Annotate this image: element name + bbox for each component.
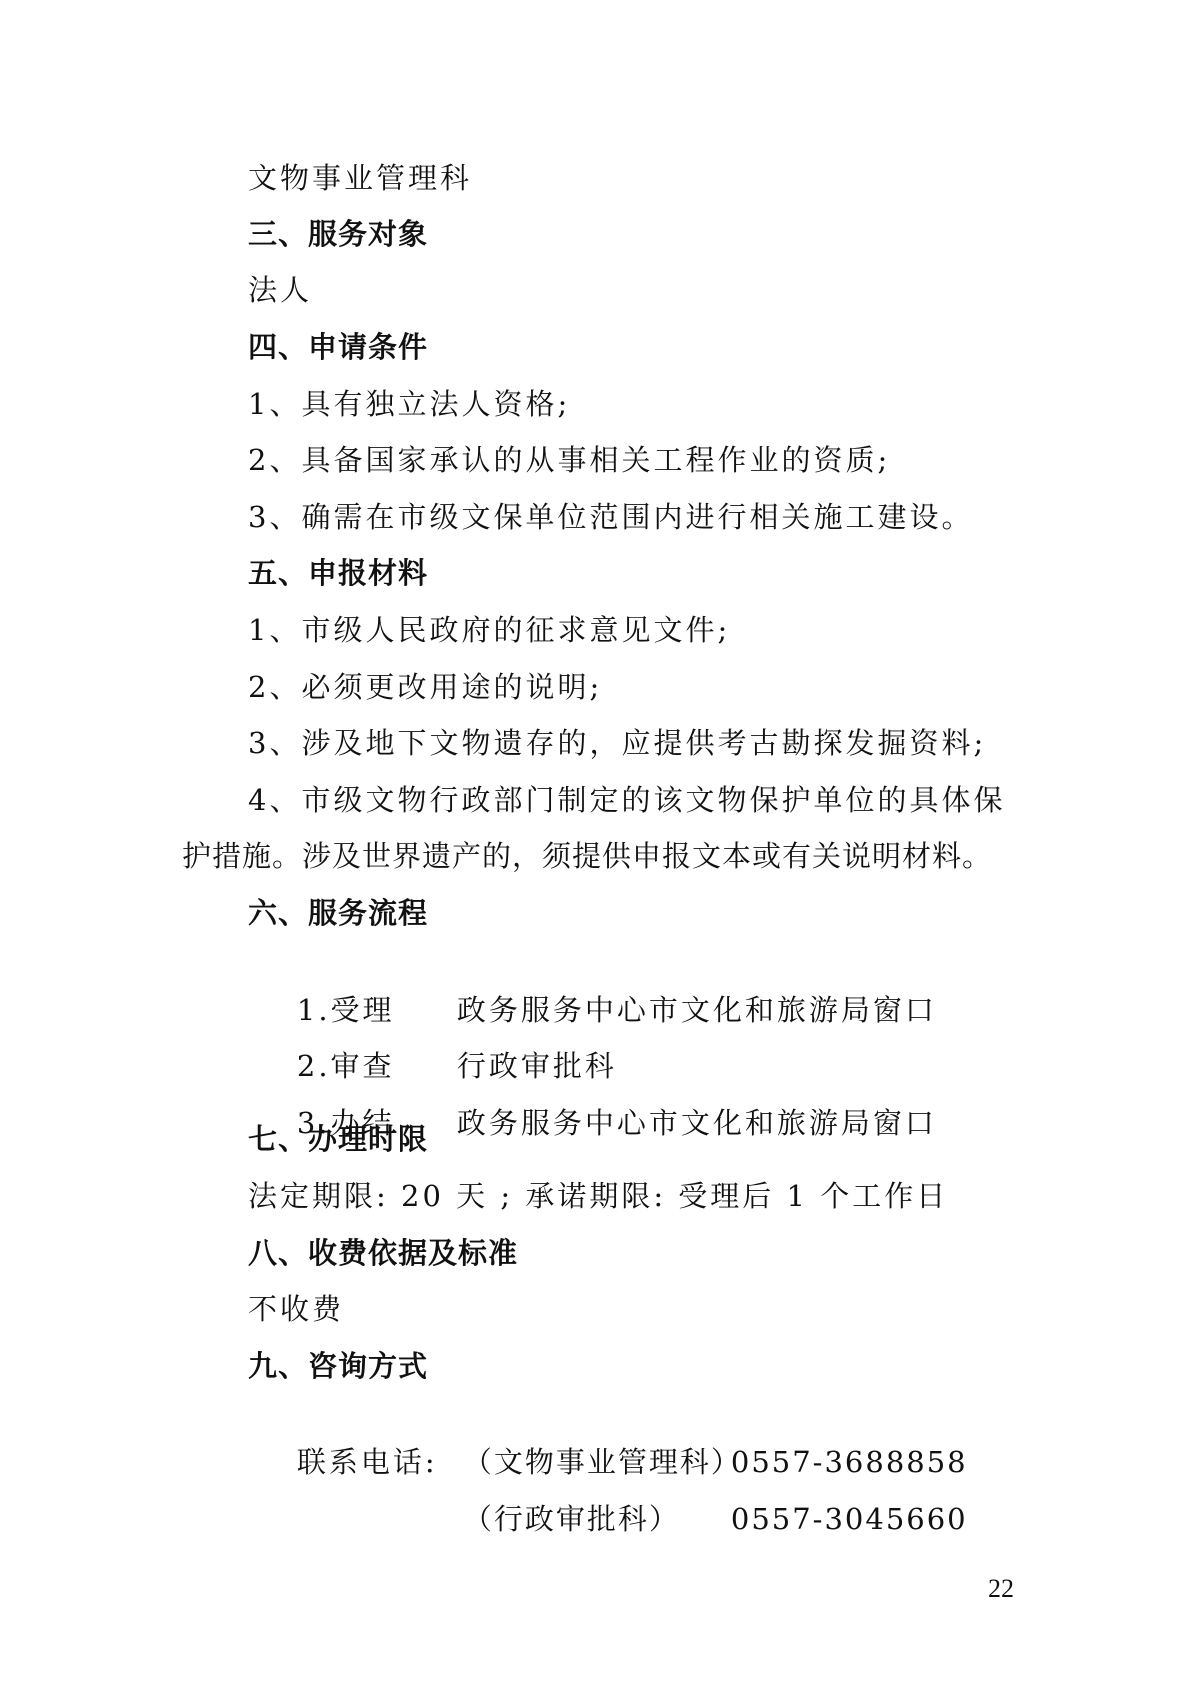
process-step-place: 政务服务中心市文化和旅游局窗口 [457, 1106, 937, 1140]
fee-text: 不收费 [248, 1289, 344, 1329]
material-item-2: 2、必须更改用途的说明; [248, 667, 602, 707]
section-heading-process: 六、服务流程 [248, 893, 428, 933]
section-heading-service-target: 三、服务对象 [248, 214, 428, 254]
document-page: 文物事业管理科 三、服务对象 法人 四、申请条件 1、具有独立法人资格; 2、具… [0, 0, 1190, 1683]
material-item-1: 1、市级人民政府的征求意见文件; [248, 610, 730, 650]
material-item-3: 3、涉及地下文物遗存的，应提供考古勘探发掘资料; [248, 723, 986, 763]
section-heading-contact: 九、咨询方式 [248, 1346, 428, 1386]
section-heading-time-limit: 七、办理时限 [248, 1119, 428, 1159]
contact-phone: 0557-3045660 [731, 1502, 968, 1536]
section-heading-conditions: 四、申请条件 [248, 327, 428, 367]
condition-item-1: 1、具有独立法人资格; [248, 384, 570, 424]
section-heading-materials: 五、申报材料 [248, 553, 428, 593]
service-target-text: 法人 [248, 270, 312, 310]
material-item-4-line-1: 4、市级文物行政部门制定的该文物保护单位的具体保 [248, 780, 1005, 820]
condition-item-3: 3、确需在市级文保单位范围内进行相关施工建设。 [248, 497, 973, 537]
department-text: 文物事业管理科 [248, 158, 472, 198]
time-limit-text: 法定期限: 20 天 ; 承诺期限: 受理后 1 个工作日 [248, 1176, 948, 1216]
page-number: 22 [988, 1574, 1014, 1604]
section-heading-fees: 八、收费依据及标准 [248, 1233, 518, 1273]
contact-department: （行政审批科） [463, 1499, 731, 1539]
contact-row: （行政审批科）0557-3045660 [248, 1459, 968, 1579]
condition-item-2: 2、具备国家承认的从事相关工程作业的资质; [248, 440, 890, 480]
material-item-4-line-2: 护措施。涉及世界遗产的，须提供申报文本或有关说明材料。 [182, 836, 992, 876]
